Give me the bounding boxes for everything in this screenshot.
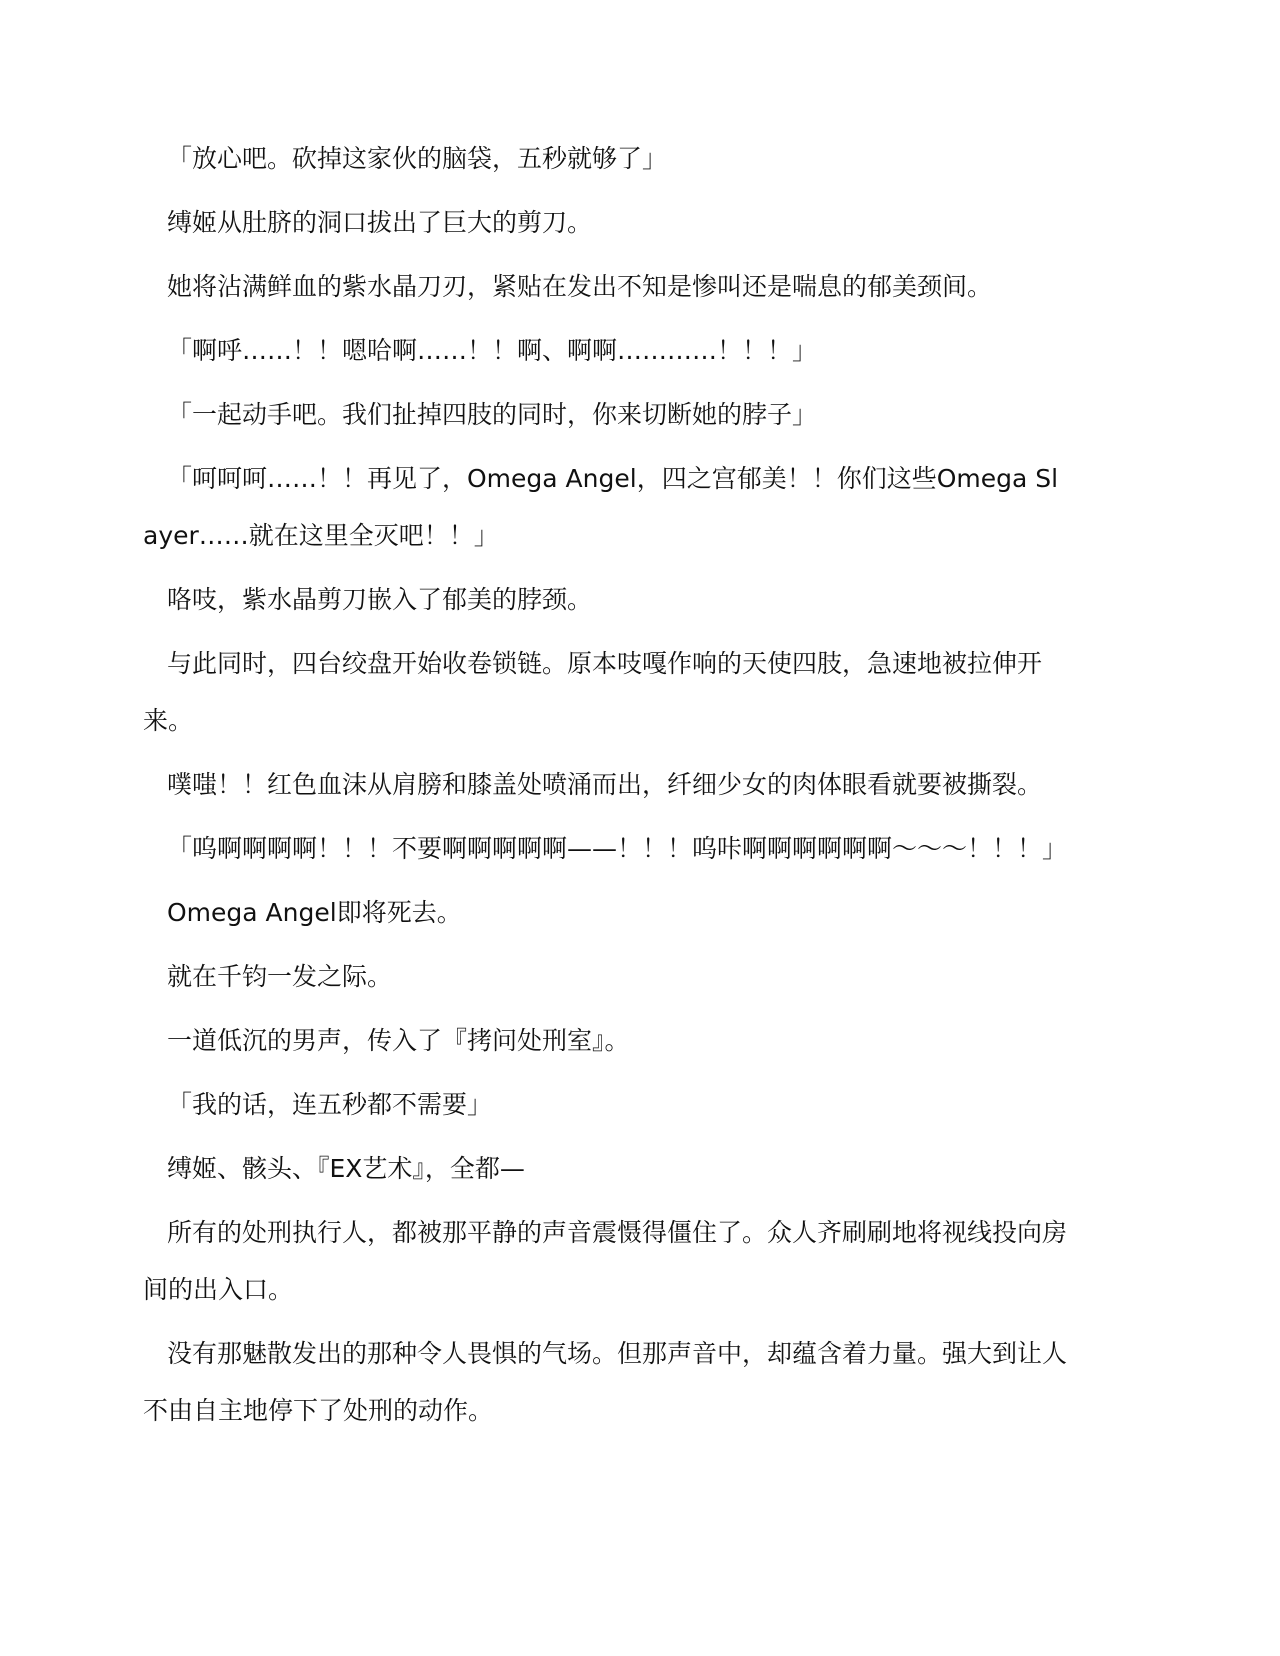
paragraph: 缚姬、骸头、『EX艺术』，全都—	[143, 1140, 1073, 1197]
paragraph: 与此同时，四台绞盘开始收卷锁链。原本吱嘎作响的天使四肢，急速地被拉伸开来。	[143, 635, 1073, 749]
paragraph: 噗嗤！！红色血沫从肩膀和膝盖处喷涌而出，纤细少女的肉体眼看就要被撕裂。	[143, 756, 1073, 813]
paragraph: Omega Angel即将死去。	[143, 884, 1073, 941]
paragraph: 咯吱，紫水晶剪刀嵌入了郁美的脖颈。	[143, 571, 1073, 628]
paragraph: 所有的处刑执行人，都被那平静的声音震慑得僵住了。众人齐刷刷地将视线投向房间的出入…	[143, 1204, 1073, 1318]
document-page: 「放心吧。砍掉这家伙的脑袋，五秒就够了」 缚姬从肚脐的洞口拔出了巨大的剪刀。 她…	[143, 130, 1073, 1446]
paragraph: 没有那魅散发出的那种令人畏惧的气场。但那声音中，却蕴含着力量。强大到让人不由自主…	[143, 1325, 1073, 1439]
paragraph: 「呵呵呵……！！再见了，Omega Angel，四之宫郁美！！你们这些Omega…	[143, 450, 1073, 564]
paragraph: 「啊呼……！！嗯哈啊……！！啊、啊啊…………！！！」	[143, 322, 1073, 379]
paragraph: 就在千钧一发之际。	[143, 948, 1073, 1005]
paragraph: 她将沾满鲜血的紫水晶刀刃，紧贴在发出不知是惨叫还是喘息的郁美颈间。	[143, 258, 1073, 315]
paragraph: 「呜啊啊啊啊！！！不要啊啊啊啊啊——！！！呜咔啊啊啊啊啊啊～～～！！！」	[143, 820, 1073, 877]
paragraph: 「一起动手吧。我们扯掉四肢的同时，你来切断她的脖子」	[143, 386, 1073, 443]
paragraph: 「我的话，连五秒都不需要」	[143, 1076, 1073, 1133]
paragraph: 缚姬从肚脐的洞口拔出了巨大的剪刀。	[143, 194, 1073, 251]
paragraph: 一道低沉的男声，传入了『拷问处刑室』。	[143, 1012, 1073, 1069]
paragraph: 「放心吧。砍掉这家伙的脑袋，五秒就够了」	[143, 130, 1073, 187]
